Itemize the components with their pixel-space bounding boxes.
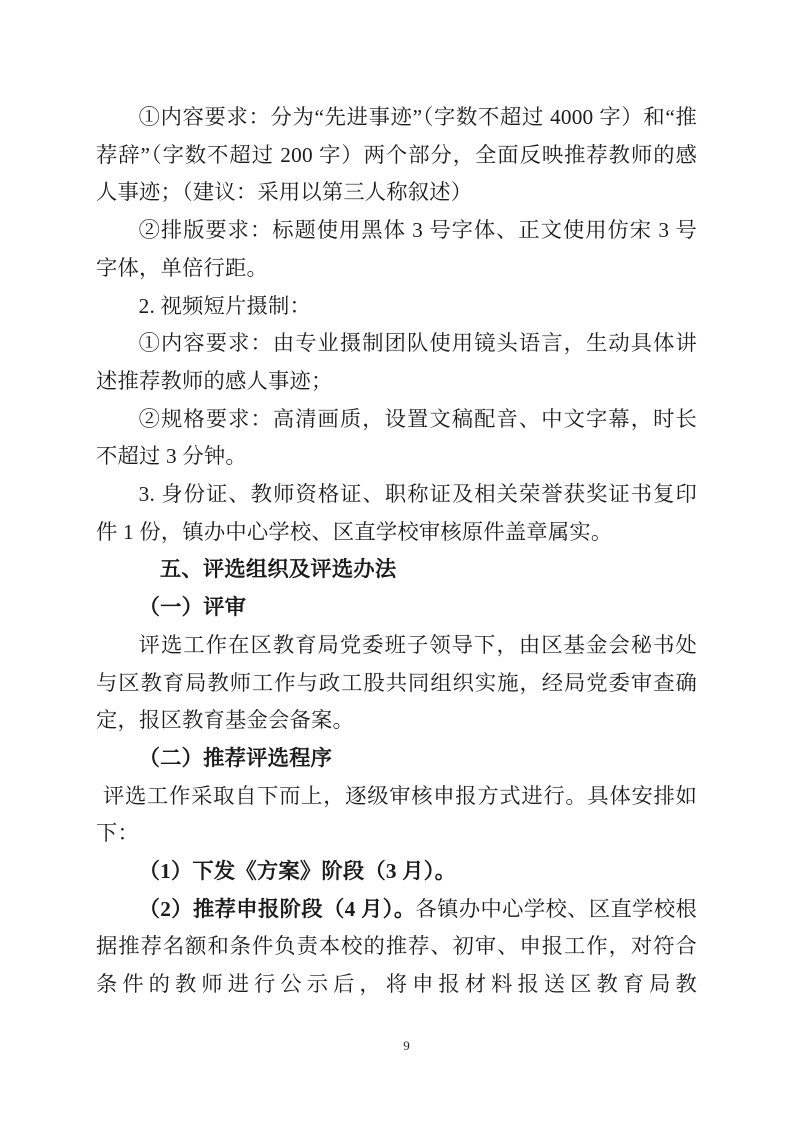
heading-review: （一）评审 — [96, 589, 697, 627]
stage-two-title: （2）推荐申报阶段（4 月）。 — [139, 897, 416, 921]
para-written-content-requirement: ①内容要求：分为“先进事迹”（字数不超过 4000 字）和“推荐辞”（字数不超过… — [96, 99, 697, 212]
para-layout-requirement: ②排版要求：标题使用黑体 3 号字体、正文使用仿宋 3 号字体，单倍行距。 — [96, 212, 697, 287]
para-certificate-copies: 3. 身份证、教师资格证、职称证及相关荣誉获奖证书复印件 1 份，镇办中心学校、… — [96, 476, 697, 551]
heading-stage-one: （1）下发《方案》阶段（3 月）。 — [96, 853, 697, 891]
page-number: 9 — [403, 1038, 410, 1053]
para-stage-two: （2）推荐申报阶段（4 月）。各镇办中心学校、区直学校根据推荐名额和条件负责本校… — [96, 891, 697, 1004]
para-procedure-intro: 评选工作采取自下而上，逐级审核申报方式进行。具体安排如下： — [96, 778, 697, 853]
para-video-content-requirement: ①内容要求：由专业摄制团队使用镜头语言，生动具体讲述推荐教师的感人事迹； — [96, 325, 697, 400]
para-review-body: 评选工作在区教育局党委班子领导下，由区基金会秘书处与区教育局教师工作与政工股共同… — [96, 627, 697, 740]
para-video-spec-requirement: ②规格要求：高清画质，设置文稿配音、中文字幕，时长不超过 3 分钟。 — [96, 401, 697, 476]
heading-procedure: （二）推荐评选程序 — [96, 740, 697, 778]
page-footer: 9 — [0, 1037, 793, 1055]
document-body: ①内容要求：分为“先进事迹”（字数不超过 4000 字）和“推荐辞”（字数不超过… — [96, 99, 697, 1004]
para-video-production-title: 2. 视频短片摄制： — [96, 288, 697, 326]
document-page: ①内容要求：分为“先进事迹”（字数不超过 4000 字）和“推荐辞”（字数不超过… — [0, 0, 793, 1122]
heading-section-five: 五、评选组织及评选办法 — [96, 551, 697, 589]
